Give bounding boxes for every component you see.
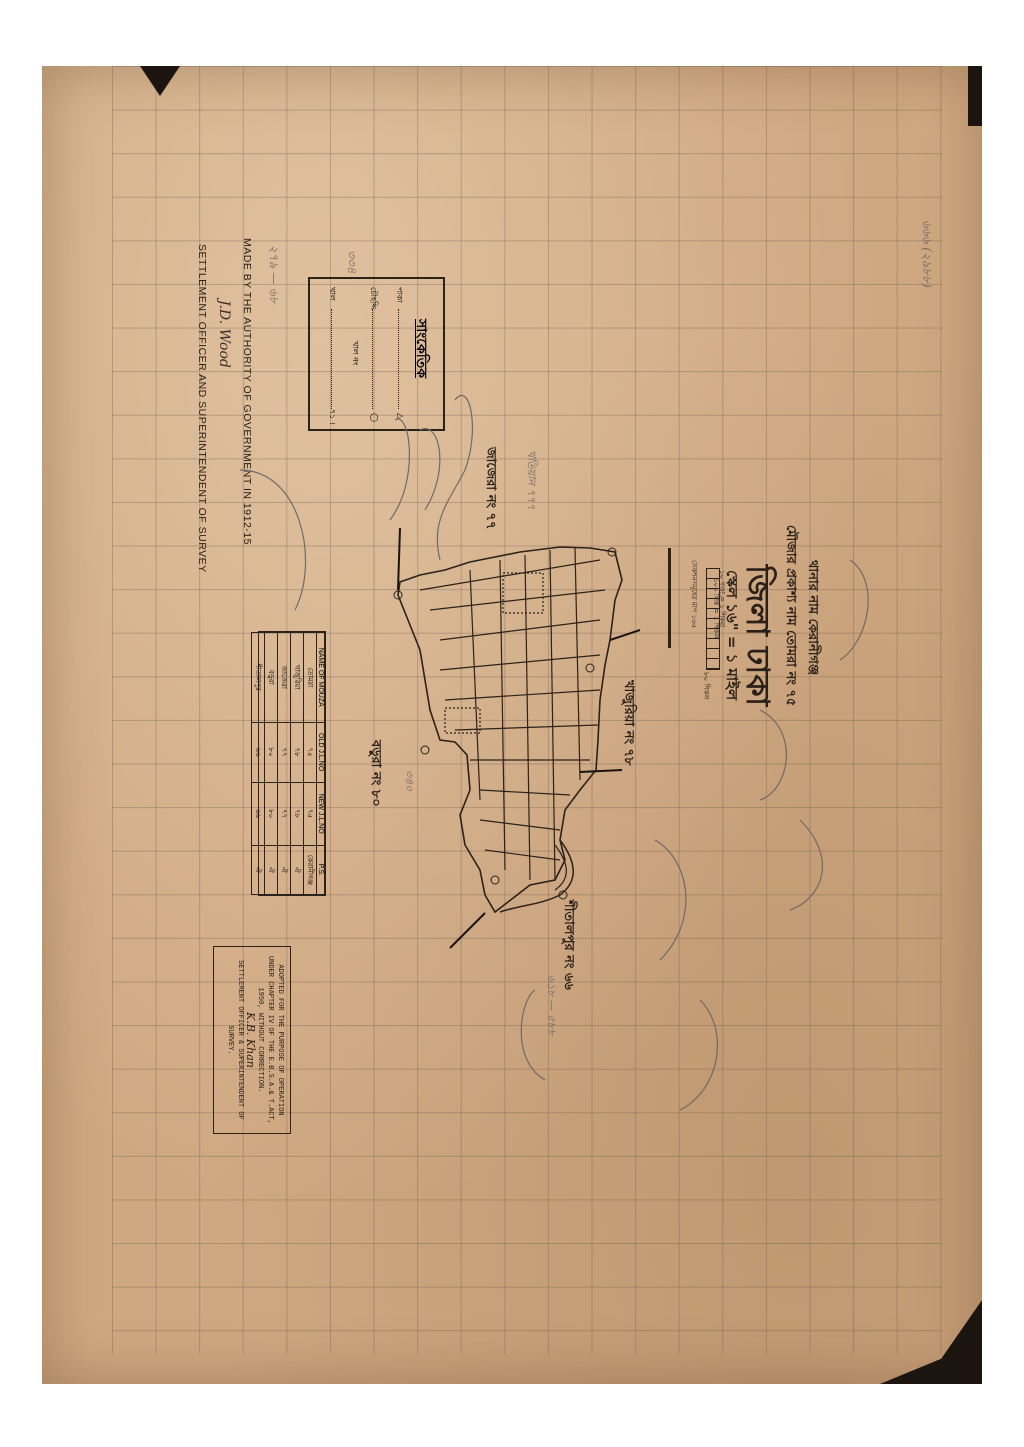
table-header: OLD J.L.NO xyxy=(317,722,325,782)
pencil-note: ৩৩৪ xyxy=(340,250,360,273)
pencil-note: ২৭৯ — ৬৮ xyxy=(262,245,282,304)
pencil-note: ৬৬৬ (২৯৮৮) xyxy=(915,220,935,288)
mouza-table: NAME OF MOUZA OLD J.L.NO NEW J.L.NO P.S.… xyxy=(258,631,326,896)
table-header: P.S. xyxy=(317,845,325,894)
table-row: খাজুরিয়া৭৮৭৮ঐ xyxy=(291,633,304,895)
stamp-signature: K.B. Khan xyxy=(245,947,255,1133)
table-row: তোমরা৭৫৭৫কেরানীগঞ্জ xyxy=(304,633,317,895)
stamp-line: SURVEY. xyxy=(225,947,235,1133)
plot-boundary-map xyxy=(0,0,1024,1447)
table-header: NAME OF MOUZA xyxy=(317,633,325,723)
table-row: বড়ুরা৮০৮০ঐ xyxy=(265,633,278,895)
pencil-note: ৩৪০ xyxy=(399,770,418,791)
table-row: জাজেরা৭৭৭৭ঐ xyxy=(278,633,291,895)
stamp-line: UNDER CHAPTER IV OF THE E.B.S.A.& T.ACT, xyxy=(265,947,275,1133)
boundary-pointer xyxy=(398,528,400,590)
stamp-line: ADOPTED FOR THE PURPOSE OF OPERATION xyxy=(275,947,285,1133)
stamp-line: SETTLEMENT OFFICER & SUPERINTENDENT OF xyxy=(235,947,245,1133)
table-row: শীতালপুর৬৬৬৬ঐ xyxy=(252,633,265,895)
adoption-stamp: ADOPTED FOR THE PURPOSE OF OPERATION UND… xyxy=(213,946,291,1134)
pencil-note: খতিয়ান ৭৭৭ xyxy=(521,450,540,510)
table-header: NEW J.L.NO xyxy=(317,782,325,845)
pencil-note: ৬১৮ — ৫৮৮ xyxy=(541,975,560,1036)
